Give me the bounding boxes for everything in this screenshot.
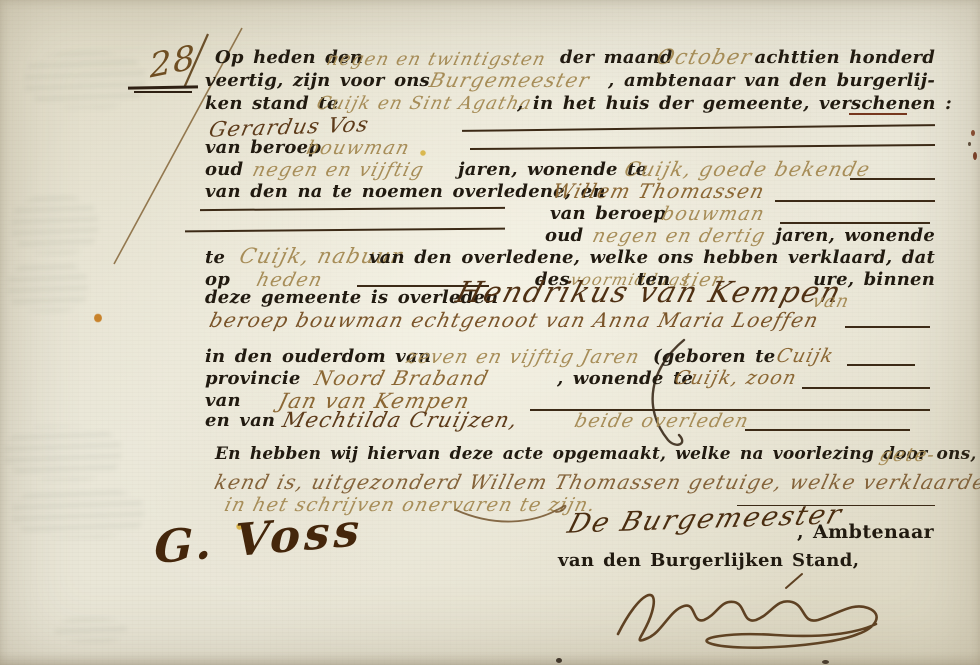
margin-double-dash — [134, 91, 192, 93]
printed-text: provincie — [205, 368, 301, 389]
edge-speck — [968, 142, 971, 146]
printed-text: jaren, wonende te — [458, 159, 647, 180]
printed-text: te — [205, 247, 225, 268]
printed-text: in den ouderdom van — [205, 346, 431, 367]
fill-rule — [850, 178, 935, 180]
death-certificate-scan: 28 Op heden den negen en twintigsten der… — [0, 0, 980, 665]
handwritten-residence: Cuijk, goede bekende — [622, 157, 873, 181]
form-line-deceased-detail: beroep bouwman echtgenoot van Anna Maria… — [210, 308, 935, 334]
edge-speck — [822, 660, 829, 664]
printed-text: van beroep — [205, 137, 321, 158]
official-signature — [600, 572, 920, 660]
handwritten-mother: Mechtilda Cruijzen, — [280, 408, 521, 432]
handwritten-witness2: Willem Thomassen — [550, 179, 768, 203]
form-line-mother: en van Mechtilda Cruijzen, beide overled… — [205, 410, 935, 436]
fill-rule — [780, 222, 930, 224]
witness-signature: G. Voss — [154, 503, 364, 574]
handwritten-text: gete- — [877, 444, 938, 466]
handwritten-age: negen en vijftig — [250, 159, 427, 181]
edge-speck — [971, 130, 975, 136]
handwritten-text: beide overleden — [572, 410, 751, 432]
printed-text: veertig, zijn voor ons — [205, 70, 430, 91]
printed-text: En hebben wij hiervan deze acte opgemaak… — [215, 444, 976, 464]
handwritten-age: zeven en vijftig Jaren — [404, 346, 642, 368]
handwritten-birthplace: Cuijk — [774, 345, 836, 367]
fill-rule — [745, 429, 910, 431]
bleedthrough-smudge — [12, 488, 144, 538]
handwritten-province: Noord Braband — [312, 366, 492, 390]
form-line-signed-note: kend is, uitgezonderd Willem Thomassen g… — [215, 470, 935, 496]
printed-text: , in het huis der gemeente, verschenen : — [517, 93, 952, 114]
printed-text: van beroep — [550, 203, 666, 224]
printed-text: , ambtenaar van den burgerlij- — [608, 70, 935, 91]
handwritten-official: Burgemeester — [427, 68, 593, 92]
handwritten-text: kend is, uitgezonderd Willem Thomassen g… — [212, 470, 980, 494]
form-line-deceased-name: deze gemeente is overleden Hendrikus van… — [205, 283, 935, 309]
printed-text: van den Burgerlijken Stand, — [558, 550, 859, 571]
fill-rule — [462, 124, 935, 132]
bleedthrough-smudge — [5, 426, 121, 480]
printed-text: van den na te noemen overledene, en — [205, 181, 606, 202]
form-line-closing: En hebben wij hiervan deze acte opgemaak… — [215, 444, 935, 470]
bleedthrough-smudge — [8, 262, 88, 312]
printed-text: (geboren te — [653, 346, 775, 367]
printed-text: van — [205, 390, 241, 411]
printed-text: en van — [205, 410, 275, 431]
edge-speck — [556, 658, 562, 663]
printed-text: jaren, wonende — [775, 225, 935, 246]
handwritten-month: October — [654, 45, 755, 69]
handwritten-day: negen en twintigsten — [324, 49, 548, 70]
handwritten-municipality: Cuijk en Sint Agatha — [314, 93, 534, 114]
handwritten-deceased: Hendrikus van Kempen — [452, 275, 846, 309]
handwritten-residence: Cuijk, zoon — [672, 367, 799, 389]
handwritten-age: negen en dertig — [590, 225, 768, 247]
foxing-stain — [94, 313, 102, 323]
fill-rule — [847, 364, 915, 366]
printed-text: van den overledene, welke ons hebben ver… — [369, 247, 935, 268]
handwritten-spouse: beroep bouwman echtgenoot van Anna Maria… — [207, 308, 822, 332]
fill-rule — [845, 326, 930, 328]
fill-rule — [849, 113, 907, 115]
printed-text: oud — [545, 225, 583, 246]
printed-text: oud — [205, 159, 243, 180]
fill-rule — [802, 387, 930, 389]
printed-text: , Ambtenaar — [797, 521, 934, 543]
handwritten-occupation: bouwman — [304, 137, 412, 159]
handwritten-swash — [452, 502, 572, 528]
bleedthrough-smudge — [55, 618, 127, 642]
fill-rule — [775, 200, 935, 202]
bleedthrough-smudge — [12, 196, 98, 254]
printed-text: achttien honderd — [755, 47, 935, 68]
handwritten-occupation: bouwman — [659, 203, 767, 225]
edge-speck — [973, 152, 977, 160]
